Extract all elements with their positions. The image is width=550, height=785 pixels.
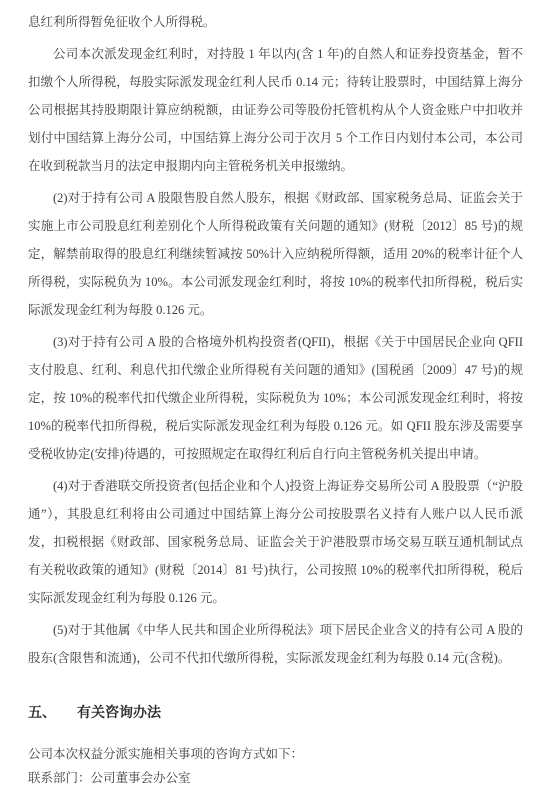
document-page: 息红利所得暂免征收个人所得税。 公司本次派发现金红利时，对持股 1 年以内(含 … [0, 0, 550, 785]
body-paragraph-item-5-resident-enterprises: (5)对于其他属《中华人民共和国企业所得税法》项下居民企业含义的持有公司 A 股… [28, 616, 523, 672]
body-paragraph-continuation: 息红利所得暂免征收个人所得税。 [28, 8, 523, 36]
body-paragraph-item-4-hk-connect: (4)对于香港联交所投资者(包括企业和个人)投资上海证券交易所公司 A 股股票（… [28, 472, 523, 612]
section-heading-number: 五、 [28, 706, 56, 721]
contact-intro-line: 公司本次权益分派实施相关事项的咨询方式如下： [28, 742, 523, 766]
section-heading: 五、有关咨询办法 [28, 700, 523, 728]
body-paragraph-item-2-restricted-shares: (2)对于持有公司 A 股限售股自然人股东，根据《财政部、国家税务总局、证监会关… [28, 184, 523, 324]
contact-block: 公司本次权益分派实施相关事项的咨询方式如下： 联系部门：公司董事会办公室 [28, 742, 523, 785]
section-heading-title: 有关咨询办法 [77, 706, 161, 721]
contact-department-line: 联系部门：公司董事会办公室 [28, 766, 523, 785]
body-paragraph-individual-investors: 公司本次派发现金红利时，对持股 1 年以内(含 1 年)的自然人和证券投资基金，… [28, 40, 523, 180]
body-paragraph-item-3-qfii: (3)对于持有公司 A 股的合格境外机构投资者(QFII)，根据《关于中国居民企… [28, 328, 523, 468]
